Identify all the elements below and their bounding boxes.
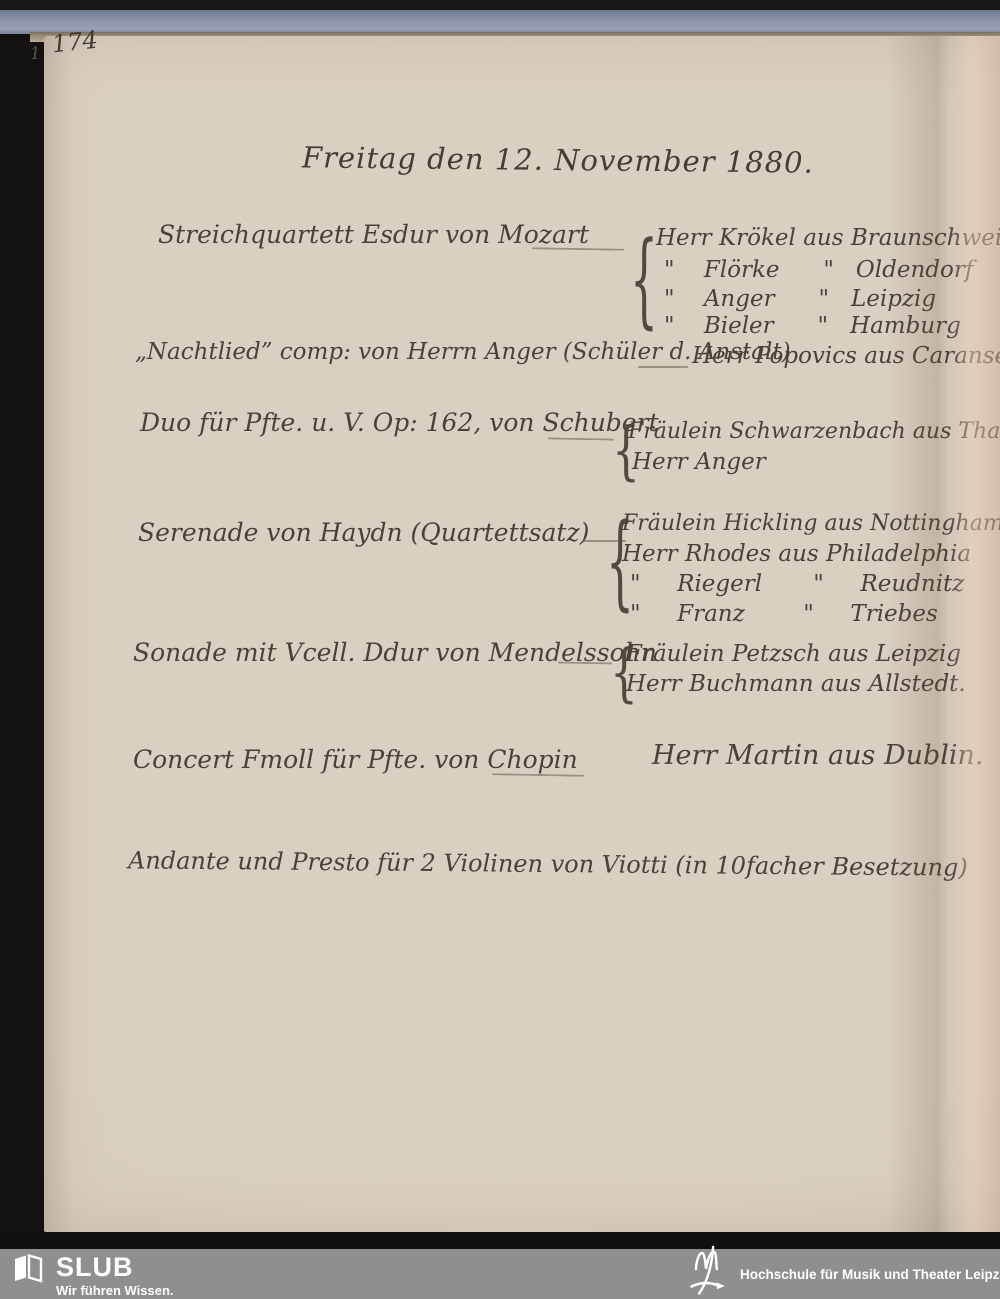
- piece-6: Concert Fmoll für Pfte. von Chopin: [133, 747, 578, 773]
- book-binding-band: [0, 10, 1000, 34]
- scan-top-black-band: [0, 0, 1000, 10]
- slub-wordmark: SLUB: [56, 1252, 134, 1283]
- performer-4-2: Herr Rhodes aus Philadelphia: [622, 542, 971, 566]
- performer-5-1: Fräulein Petzsch aus Leipzig: [626, 642, 961, 666]
- performer-1-3: " Anger " Leipzig: [664, 287, 936, 311]
- performer-4-1: Fräulein Hickling aus Nottingham: [622, 512, 1000, 535]
- performer-1-2: " Flörke " Oldendorf: [664, 258, 973, 282]
- left-page-edges: [0, 34, 44, 1232]
- concert-date-heading: Freitag den 12. November 1880.: [302, 142, 814, 178]
- brace-glyph: {: [630, 230, 658, 333]
- piece-3: Duo für Pfte. u. V. Op: 162, von Schuber…: [140, 410, 659, 436]
- slub-tagline: Wir führen Wissen.: [56, 1283, 174, 1298]
- performer-6-1: Herr Martin aus Dublin.: [652, 742, 984, 770]
- performer-5-2: Herr Buchmann aus Allstedt.: [626, 672, 966, 696]
- performer-2-1: Herr Popovics aus Caransebes: [692, 344, 1000, 368]
- performer-1-1: Herr Krökel aus Braunschweig: [656, 226, 1000, 250]
- connector-line: [638, 366, 688, 368]
- performer-3-2: Herr Anger: [632, 450, 766, 474]
- performer-1-4: " Bieler " Hamburg: [664, 314, 961, 338]
- performer-4-3: " Riegerl " Reudnitz: [630, 572, 964, 596]
- piece-4: Serenade von Haydn (Quartettsatz): [138, 520, 589, 546]
- piece-1: Streichquartett Esdur von Mozart: [158, 222, 589, 248]
- scanned-manuscript-screenshot: 1 174 Freitag den 12. November 1880. Str…: [0, 0, 1000, 1299]
- page-number: 174: [51, 28, 99, 58]
- performer-4-4: " Franz " Triebes: [630, 602, 938, 626]
- manuscript-page: [44, 36, 1000, 1232]
- hmt-monogram-icon: [686, 1244, 730, 1299]
- scan-bottom-black-band: [0, 1232, 1000, 1249]
- hmt-name: Hochschule für Musik und Theater Leipzig: [740, 1267, 1000, 1282]
- adjacent-page-number-hint: 1: [29, 46, 41, 65]
- performer-3-1: Fräulein Schwarzenbach aus Thalweil: [628, 420, 1000, 443]
- slub-book-icon: [12, 1252, 44, 1284]
